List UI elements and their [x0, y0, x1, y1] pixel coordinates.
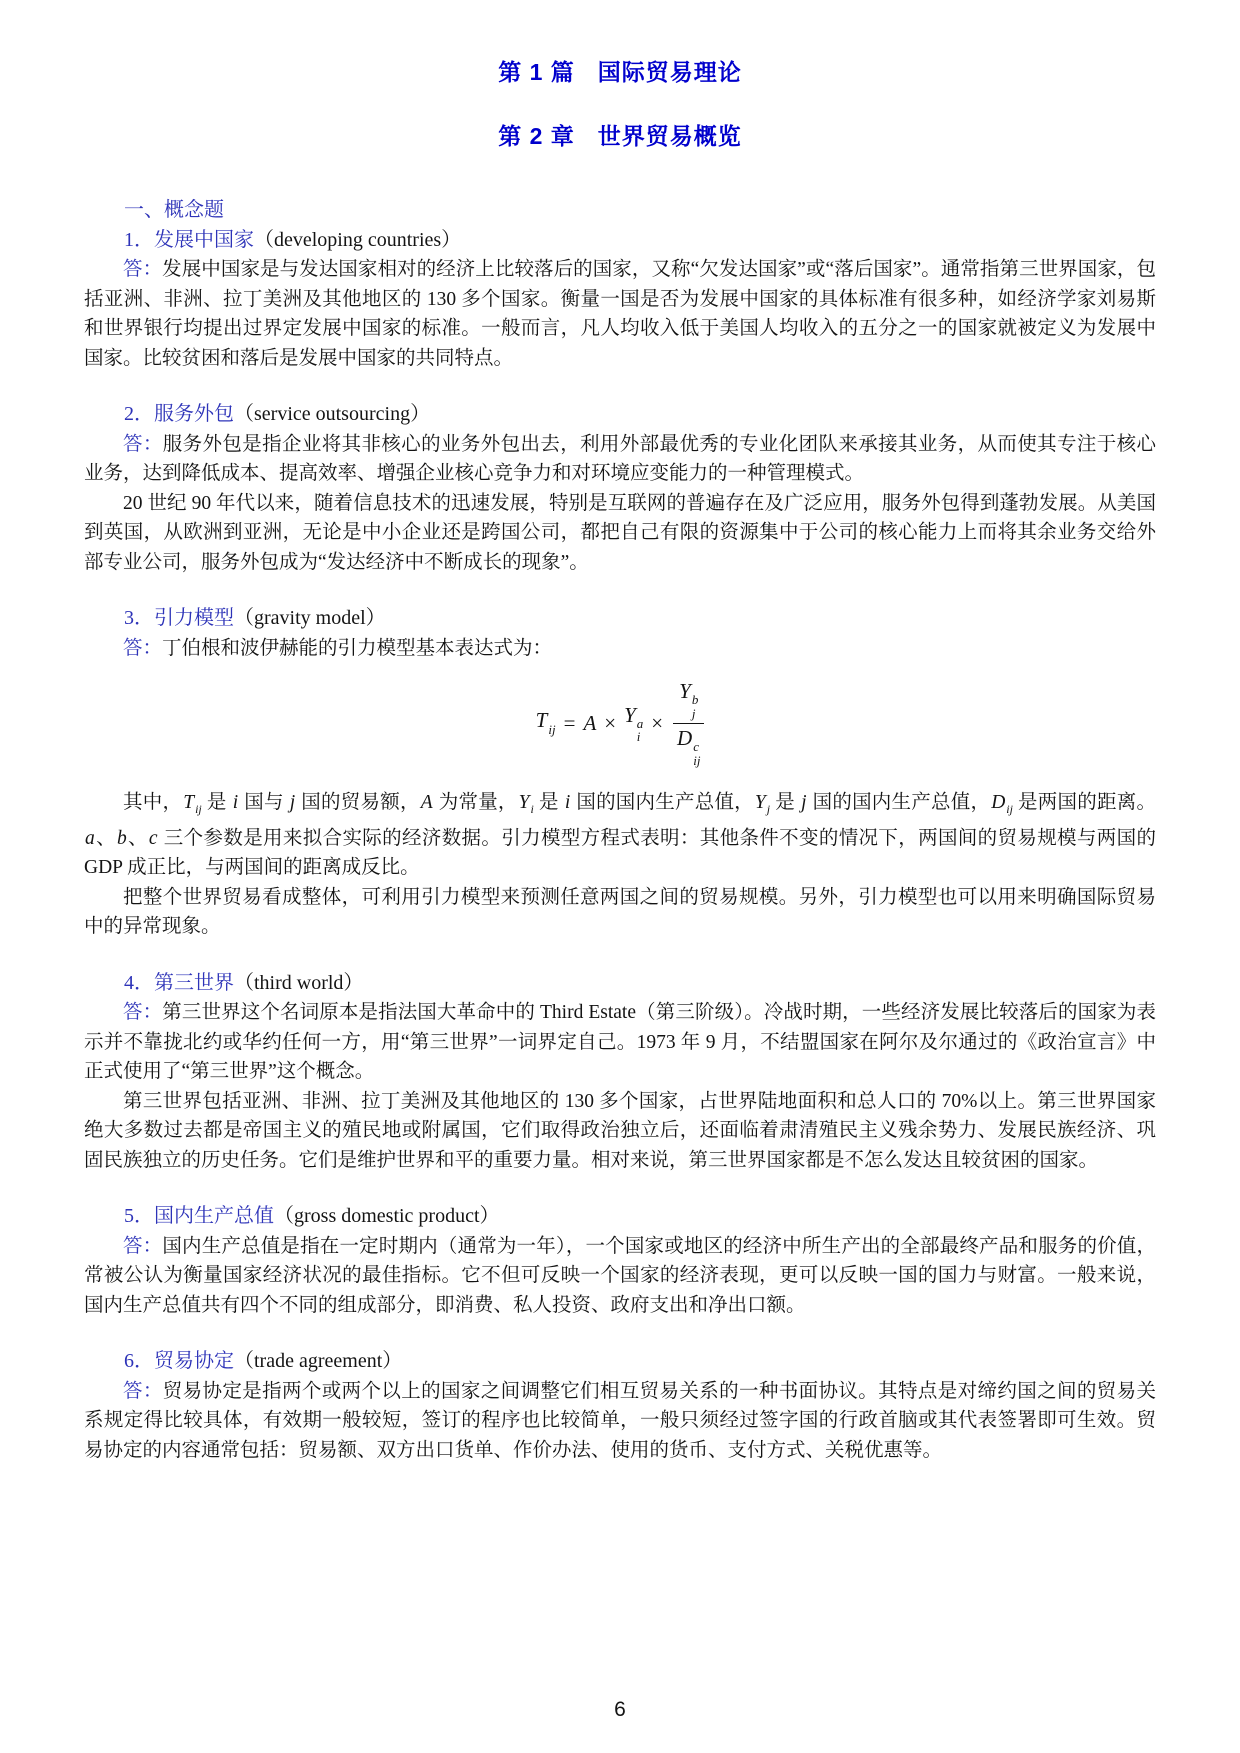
page-content: 第 1 篇国际贸易理论 第 2 章世界贸易概览 一、概念题 1．发展中国家（de…	[0, 54, 1240, 1465]
page-number: 6	[0, 1698, 1240, 1722]
answer-prefix: 答：	[123, 638, 162, 659]
document-page: { "colors":{ "title_blue":"#0000cc", "ac…	[0, 0, 1240, 1753]
concept-item-3: 3．引力模型（gravity model） 答：丁伯根和波伊赫能的引力模型基本表…	[84, 604, 1156, 942]
item-english-term: （trade agreement）	[234, 1350, 402, 1372]
formula-constant: A	[583, 711, 596, 736]
item-heading: 2．服务外包（service outsourcing）	[84, 400, 1156, 430]
answer-text: 国内生产总值是指在一定时期内（通常为一年），一个国家或地区的经济中所生产出的全部…	[84, 1236, 1156, 1316]
multiply-sign: ×	[649, 711, 665, 736]
answer-paragraph-variables: 其中，Tij 是 i 国与 j 国的贸易额，A 为常量，Yi 是 i 国的国内生…	[84, 788, 1156, 883]
formula-gdp-i: Yai	[624, 703, 643, 744]
part-label: 第 1 篇	[498, 59, 575, 85]
part-title-text: 国际贸易理论	[598, 59, 742, 85]
item-english-term: （gravity model）	[234, 607, 386, 629]
gravity-model-formula: Tij = A × Yai × Ybj Dcij	[84, 679, 1156, 768]
concept-item-5: 5．国内生产总值（gross domestic product） 答：国内生产总…	[84, 1202, 1156, 1320]
item-label: 1．发展中国家	[124, 229, 254, 251]
item-english-term: （service outsourcing）	[234, 403, 430, 425]
answer-paragraph: 答：服务外包是指企业将其非核心的业务外包出去，利用外部最优秀的专业化团队来承接其…	[84, 430, 1156, 489]
answer-prefix: 答：	[123, 1381, 163, 1402]
answer-prefix: 答：	[123, 434, 163, 455]
formula-fraction: Ybj Dcij	[673, 679, 704, 768]
answer-paragraph: 答：第三世界这个名词原本是指法国大革命中的 Third Estate（第三阶级）…	[84, 998, 1156, 1087]
item-label: 3．引力模型	[124, 607, 234, 629]
multiply-sign: ×	[602, 711, 618, 736]
answer-prefix: 答：	[123, 1236, 162, 1257]
answer-text: 发展中国家是与发达国家相对的经济上比较落后的国家，又称“欠发达国家”或“落后国家…	[84, 259, 1156, 369]
chapter-title-text: 世界贸易概览	[598, 123, 742, 149]
item-english-term: （third world）	[234, 972, 363, 994]
answer-paragraph: 答：贸易协定是指两个或两个以上的国家之间调整它们相互贸易关系的一种书面协议。其特…	[84, 1377, 1156, 1466]
answer-text: 第三世界这个名词原本是指法国大革命中的 Third Estate（第三阶级）。冷…	[84, 1002, 1156, 1082]
answer-prefix: 答：	[123, 1002, 162, 1023]
answer-text: 服务外包是指企业将其非核心的业务外包出去，利用外部最优秀的专业化团队来承接其业务…	[84, 434, 1156, 485]
fraction-denominator: Dcij	[677, 724, 700, 767]
answer-paragraph: 答：国内生产总值是指在一定时期内（通常为一年），一个国家或地区的经济中所生产出的…	[84, 1232, 1156, 1321]
answer-text: 贸易协定是指两个或两个以上的国家之间调整它们相互贸易关系的一种书面协议。其特点是…	[84, 1381, 1156, 1461]
item-heading: 3．引力模型（gravity model）	[84, 604, 1156, 634]
formula-lhs: Tij	[536, 708, 556, 738]
section-heading: 一、概念题	[84, 196, 1156, 226]
item-heading: 6．贸易协定（trade agreement）	[84, 1347, 1156, 1377]
item-label: 6．贸易协定	[124, 1350, 234, 1372]
concept-item-2: 2．服务外包（service outsourcing） 答：服务外包是指企业将其…	[84, 400, 1156, 577]
answer-prefix: 答：	[123, 259, 162, 280]
fraction-numerator: Ybj	[673, 679, 704, 724]
concept-item-1: 1．发展中国家（developing countries） 答：发展中国家是与发…	[84, 226, 1156, 374]
formula-row: Tij = A × Yai × Ybj Dcij	[536, 679, 705, 768]
item-label: 4．第三世界	[124, 972, 234, 994]
item-label: 5．国内生产总值	[124, 1205, 274, 1227]
item-english-term: （gross domestic product）	[274, 1205, 500, 1227]
item-heading: 4．第三世界（third world）	[84, 969, 1156, 999]
item-heading: 5．国内生产总值（gross domestic product）	[84, 1202, 1156, 1232]
part-title: 第 1 篇国际贸易理论	[84, 54, 1156, 87]
concept-item-6: 6．贸易协定（trade agreement） 答：贸易协定是指两个或两个以上的…	[84, 1347, 1156, 1465]
item-label: 2．服务外包	[124, 403, 234, 425]
item-english-term: （developing countries）	[254, 229, 461, 251]
answer-paragraph: 第三世界包括亚洲、非洲、拉丁美洲及其他地区的 130 多个国家，占世界陆地面积和…	[84, 1087, 1156, 1176]
item-heading: 1．发展中国家（developing countries）	[84, 226, 1156, 256]
answer-text: 丁伯根和波伊赫能的引力模型基本表达式为：	[162, 638, 552, 659]
answer-paragraph: 20 世纪 90 年代以来，随着信息技术的迅速发展，特别是互联网的普遍存在及广泛…	[84, 489, 1156, 578]
answer-paragraph: 把整个世界贸易看成整体，可利用引力模型来预测任意两国之间的贸易规模。另外，引力模…	[84, 883, 1156, 942]
answer-paragraph: 答：发展中国家是与发达国家相对的经济上比较落后的国家，又称“欠发达国家”或“落后…	[84, 255, 1156, 373]
chapter-label: 第 2 章	[498, 123, 575, 149]
answer-paragraph: 答：丁伯根和波伊赫能的引力模型基本表达式为：	[84, 634, 1156, 664]
chapter-title: 第 2 章世界贸易概览	[84, 118, 1156, 151]
equals-sign: =	[562, 711, 578, 736]
concept-item-4: 4．第三世界（third world） 答：第三世界这个名词原本是指法国大革命中…	[84, 969, 1156, 1176]
